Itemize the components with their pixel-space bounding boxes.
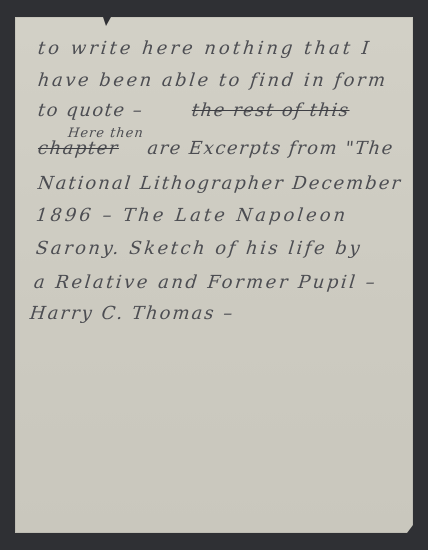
embossed-stamp — [205, 445, 325, 479]
struck-text-chapter: chapter — [37, 138, 120, 159]
text-line-7: Sarony. Sketch of his life by — [35, 238, 363, 259]
text-line-4: chapter are Excerpts from "The — [37, 138, 395, 159]
embossed-stamp-line-2 — [205, 464, 325, 479]
struck-text-rest-of-this: the rest of this — [191, 100, 351, 121]
text-line-1: to write here nothing that I — [37, 38, 373, 59]
text-line-3: to quote – the rest of this — [37, 100, 351, 121]
paper-notch — [103, 17, 111, 26]
paper-corner — [407, 525, 413, 533]
embossed-stamp-line-1 — [205, 445, 325, 460]
text-line-2: have been able to find in form — [37, 70, 389, 91]
text-line-4-main: are Excerpts from "The — [146, 138, 395, 159]
text-line-5: National Lithographer December — [37, 173, 403, 194]
text-line-8: a Relative and Former Pupil – — [33, 272, 378, 293]
text-line-3-main: to quote – — [37, 100, 145, 121]
text-line-6: 1896 – The Late Napoleon — [35, 205, 349, 226]
text-line-9: Harry C. Thomas – — [29, 303, 236, 324]
